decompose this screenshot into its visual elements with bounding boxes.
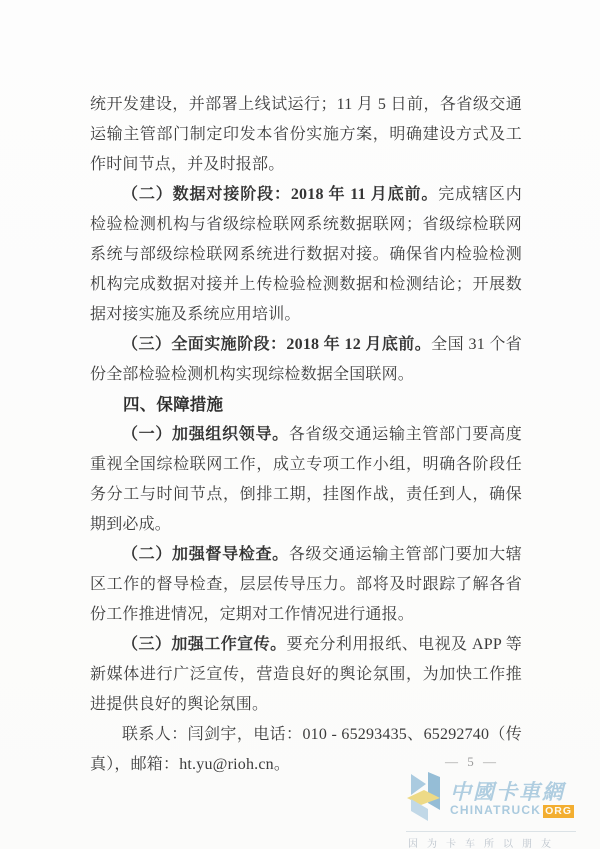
document-page: 统开发建设，并部署上线试运行；11 月 5 日前，各省级交通运输主管部门制定印发…	[0, 0, 600, 849]
paragraph-lead: （二）加强督导检查。	[122, 546, 289, 563]
paragraph-stage-2: （二）数据对接阶段：2018 年 11 月底前。完成辖区内检验检测机构与省级综检…	[90, 180, 522, 330]
section-heading: 四、保障措施	[90, 390, 522, 420]
paragraph-measure-2: （二）加强督导检查。各级交通运输主管部门要加大辖区工作的督导检查，层层传导压力。…	[90, 540, 522, 630]
document-body: 统开发建设，并部署上线试运行；11 月 5 日前，各省级交通运输主管部门制定印发…	[90, 90, 522, 780]
paragraph-text: 完成辖区内检验检测机构与省级综检联网系统数据联网；省级综检联网系统与部级综检联网…	[90, 186, 522, 323]
chinatruck-logo-icon	[406, 772, 444, 827]
logo-chinese-text: 中國卡車網	[450, 781, 576, 803]
chinatruck-watermark: 中國卡車網 CHINATRUCKORG 因为卡车所以朋友	[406, 772, 576, 849]
paragraph-stage-3: （三）全面实施阶段：2018 年 12 月底前。全国 31 个省份全部检验检测机…	[90, 330, 522, 390]
paragraph-continuation: 统开发建设，并部署上线试运行；11 月 5 日前，各省级交通运输主管部门制定印发…	[90, 90, 522, 180]
contact-line: 联系人：闫剑宇，电话：010 - 65293435、65292740（传真），邮…	[90, 720, 522, 780]
paragraph-measure-3: （三）加强工作宣传。要充分利用报纸、电视及 APP 等新媒体进行广泛宣传，营造良…	[90, 630, 522, 720]
paragraph-text: 统开发建设，并部署上线试运行；11 月 5 日前，各省级交通运输主管部门制定印发…	[90, 96, 522, 173]
watermark-logo-row: 中國卡車網 CHINATRUCKORG	[406, 772, 576, 827]
page-number: — 5 —	[432, 754, 512, 770]
logo-domain-name: CHINATRUCK	[450, 803, 541, 817]
paragraph-lead: （二）数据对接阶段：2018 年 11 月底前。	[122, 186, 438, 203]
watermark-logo-text: 中國卡車網 CHINATRUCKORG	[450, 781, 576, 818]
paragraph-lead: （一）加强组织领导。	[122, 426, 289, 443]
logo-slogan: 因为卡车所以朋友	[406, 831, 576, 849]
paragraph-lead: （三）加强工作宣传。	[122, 636, 287, 653]
logo-domain-suffix: ORG	[543, 805, 574, 818]
logo-latin-text: CHINATRUCKORG	[450, 803, 576, 818]
paragraph-lead: （三）全面实施阶段：2018 年 12 月底前。	[122, 336, 431, 353]
paragraph-measure-1: （一）加强组织领导。各省级交通运输主管部门要高度重视全国综检联网工作，成立专项工…	[90, 420, 522, 540]
